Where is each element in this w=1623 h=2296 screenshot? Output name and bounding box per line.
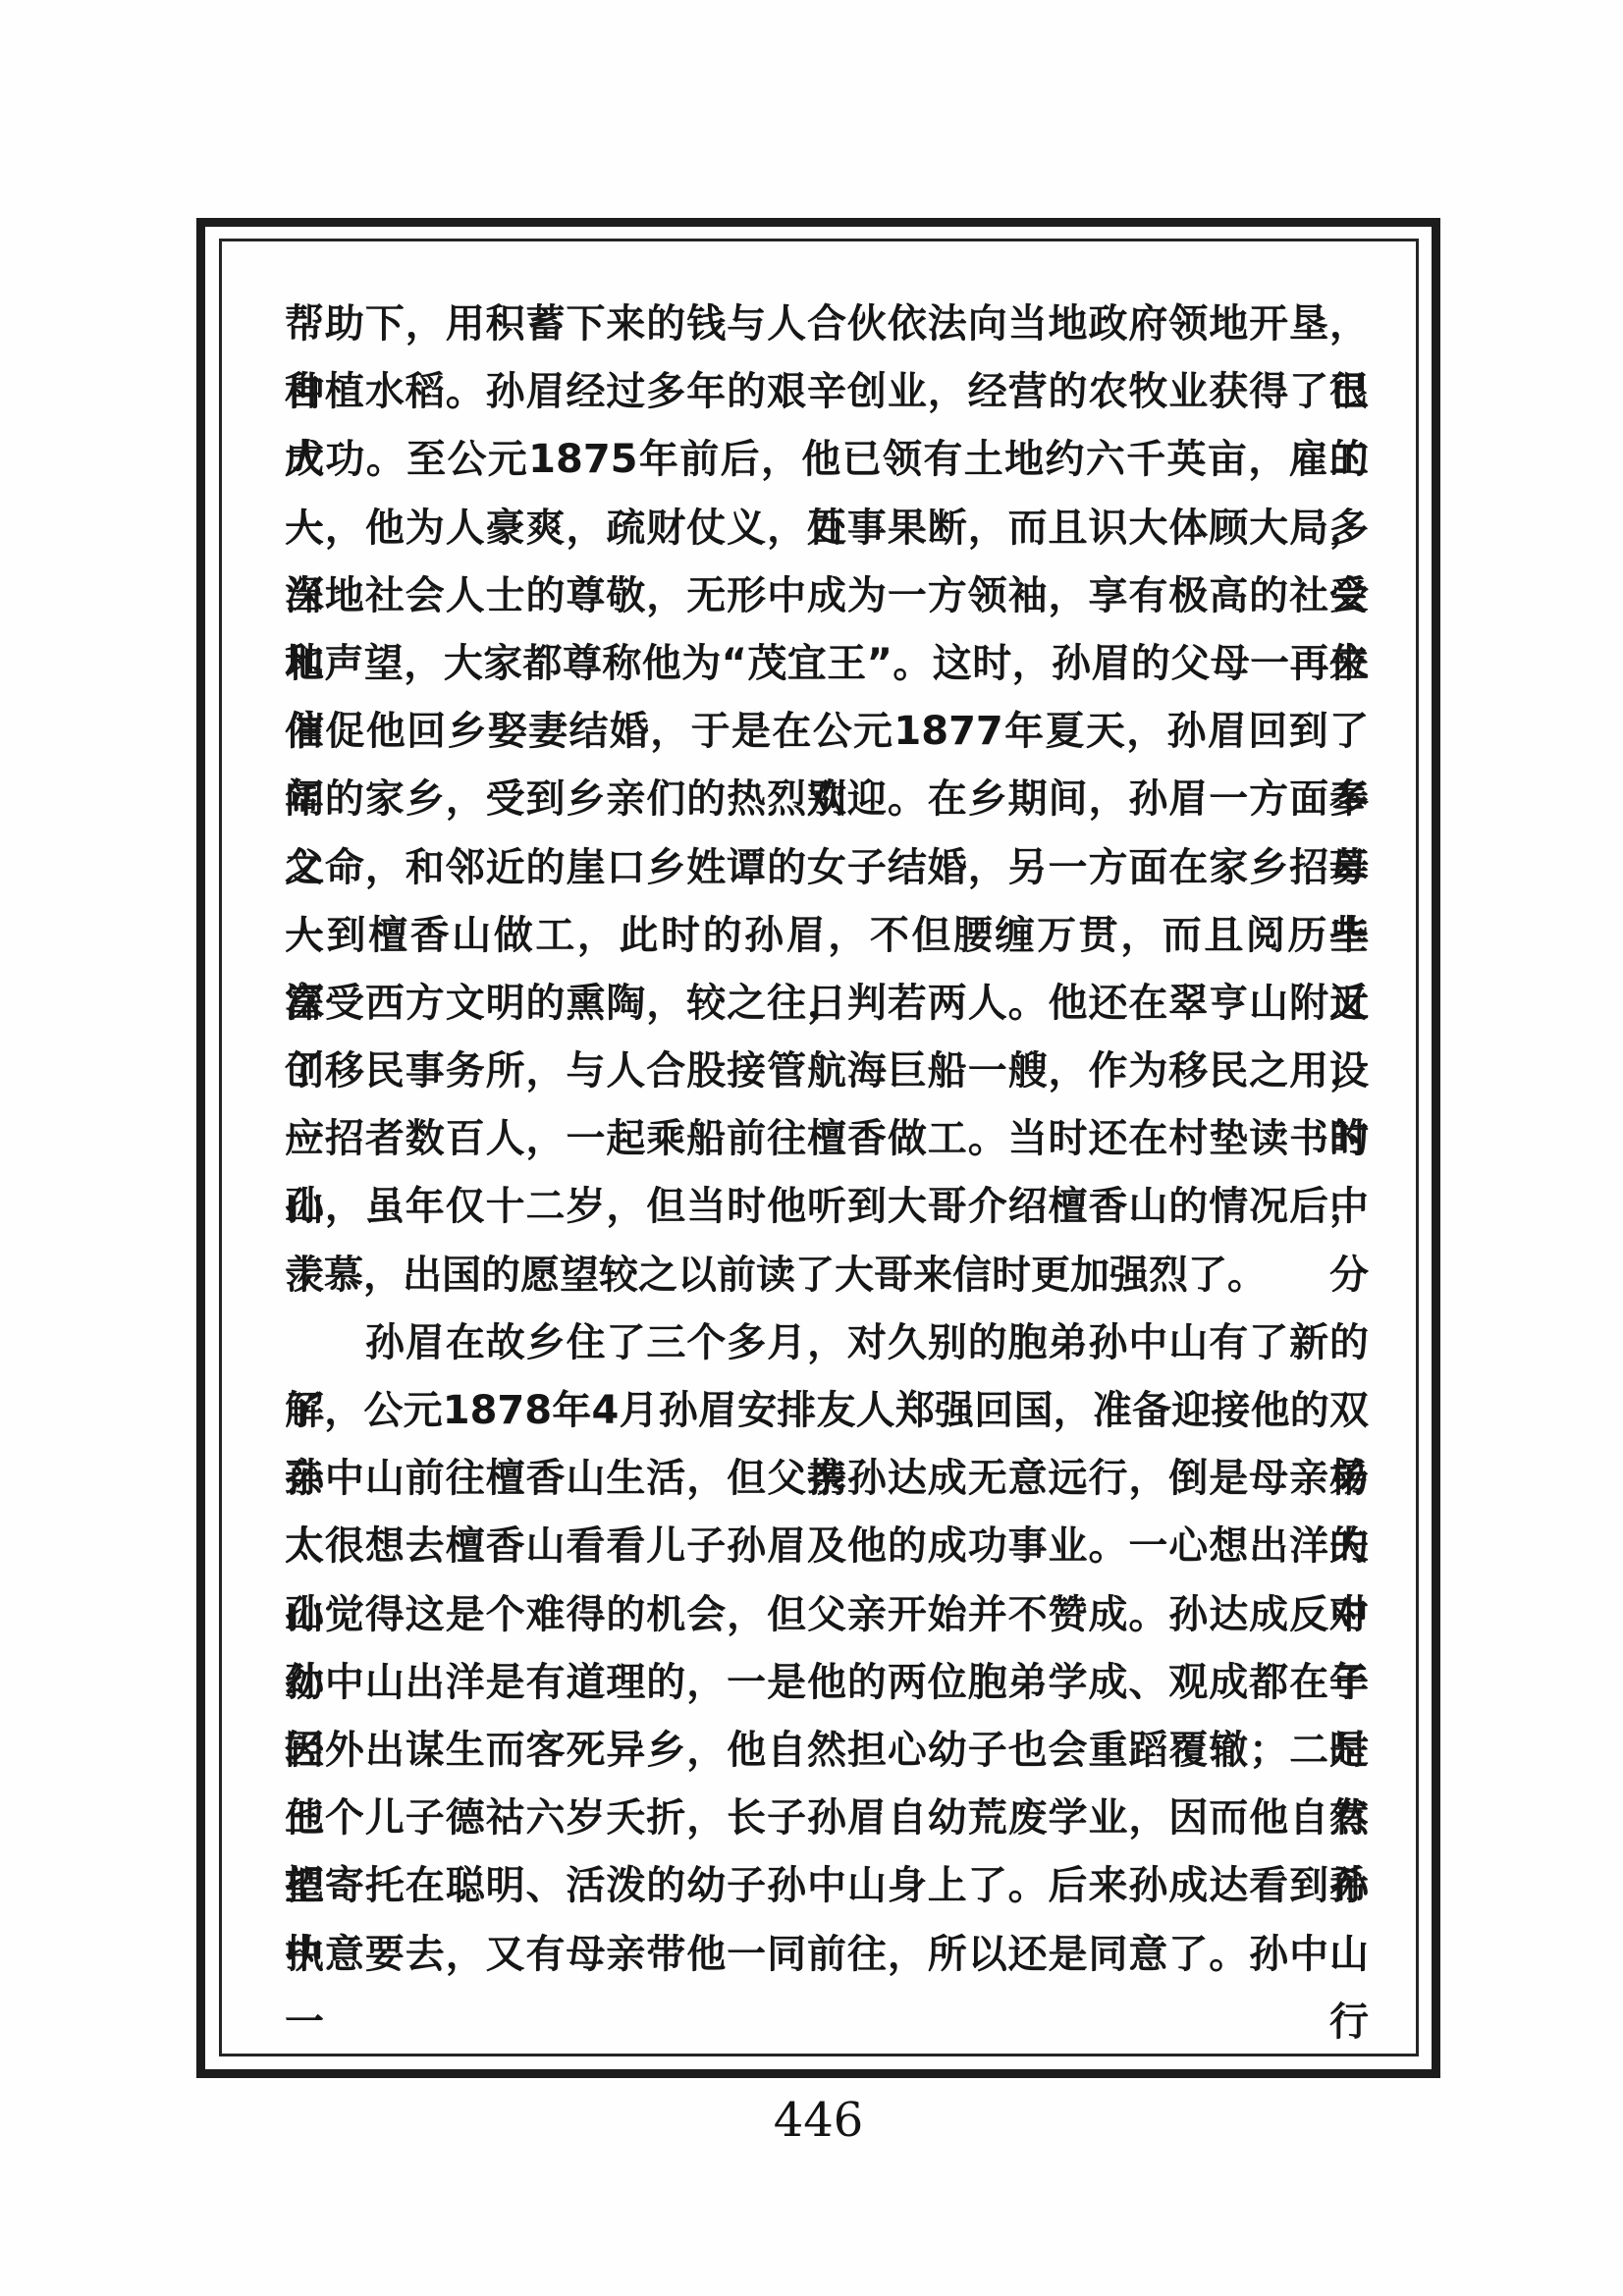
text-line: 人到檀香山做工，此时的孙眉，不但腰缠万贯，而且阅历丰富，又 — [285, 902, 1369, 970]
book-page: 帮助下，用积蓄下来的钱与人合伙依法向当地政府领地开垦，自已种植水稻。孙眉经过多年… — [0, 0, 1623, 2296]
text-line: 人很想去檀香山看看儿子孙眉及他的成功事业。一心想出洋的孙中 — [285, 1513, 1369, 1580]
text-line: 深受西方文明的熏陶，较之往日判若两人。他还在翠亨山附近创设 — [285, 970, 1369, 1038]
text-line: 人，他为人豪爽，疏财仗义，处事果断，而且识大体顾大局，深受 — [285, 495, 1369, 562]
text-line: 了移民事务所，与人合股接管航海巨船一艘，作为移民之用，一时 — [285, 1038, 1369, 1105]
text-line: 种植水稻。孙眉经过多年的艰辛创业，经营的农牧业获得了很大的 — [285, 358, 1369, 426]
text-line: 应招者数百人，一起乘船前往檀香做工。当时还在村垫读书的孙中 — [285, 1105, 1369, 1173]
text-line: 年的家乡，受到乡亲们的热烈欢迎。在乡期间，孙眉一方面奉父母 — [285, 766, 1369, 833]
text-line: 孙中山前往檀香山生活，但父亲孙达成无意远行，倒是母亲杨太夫 — [285, 1445, 1369, 1513]
text-line: 当地社会人士的尊敬，无形中成为一方领袖，享有极高的社会地位 — [285, 562, 1369, 630]
text-line: 执意要去，又有母亲带他一同前往，所以还是同意了。孙中山一行 — [285, 1921, 1369, 1989]
text-line: 望寄托在聪明、活泼的幼子孙中山身上了。后来孙成达看到孙中山 — [285, 1852, 1369, 1920]
page-number: 446 — [196, 2093, 1440, 2148]
text-line: 成功。至公元1875年前后，他已领有土地约六千英亩，雇工一百多 — [285, 426, 1369, 494]
body-text: 帮助下，用积蓄下来的钱与人合伙依法向当地政府领地开垦，自已种植水稻。孙眉经过多年… — [285, 291, 1369, 1989]
text-line: 和声望，大家都尊称他为“茂宜王”。这时，孙眉的父母一再来信 — [285, 630, 1369, 698]
text-line: 山觉得这是个难得的机会，但父亲开始并不赞成。孙达成反对幼子 — [285, 1581, 1369, 1649]
text-line: 之命，和邻近的崖口乡姓谭的女子结婚，另一方面在家乡招募一些 — [285, 834, 1369, 902]
text-line: 孙眉在故乡住了三个多月，对久别的胞弟孙中山有了新的了 — [285, 1309, 1369, 1377]
text-line: 三个儿子德祜六岁夭折，长子孙眉自幼荒废学业，因而他自然把希 — [285, 1785, 1369, 1852]
text-line: 羡慕，出国的愿望较之以前读了大哥来信时更加强烈了。 — [285, 1242, 1369, 1309]
text-line: 帮助下，用积蓄下来的钱与人合伙依法向当地政府领地开垦，自已 — [285, 291, 1369, 358]
text-line: 解，公元1878年4月孙眉安排友人郑强回国，准备迎接他的双亲携弟 — [285, 1377, 1369, 1445]
text-line: 因外出谋生而客死异乡，他自然担心幼子也会重蹈覆辙；二是他有 — [285, 1717, 1369, 1785]
text-line: 山，虽年仅十二岁，但当时他听到大哥介绍檀香山的情况后，十分 — [285, 1173, 1369, 1241]
text-line: 催促他回乡娶妻结婚，于是在公元1877年夏天，孙眉回到了阔别多 — [285, 698, 1369, 766]
text-line: 孙中山出洋是有道理的，一是他的两位胞弟学成、观成都在年轻时 — [285, 1649, 1369, 1717]
